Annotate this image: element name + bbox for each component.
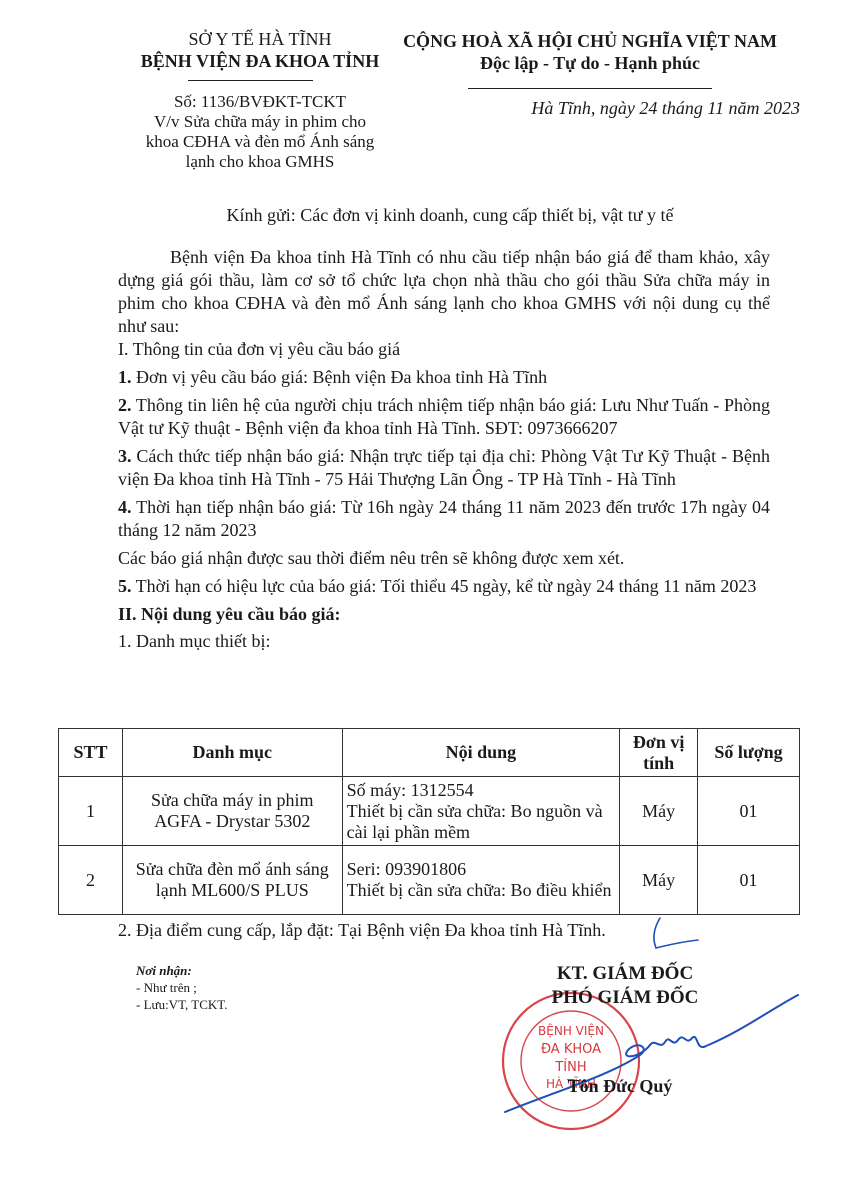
table-row: 2 Sửa chữa đèn mổ ánh sáng lạnh ML600/S … — [59, 846, 800, 915]
content-line: Seri: 093901806 — [347, 859, 616, 880]
section2-title: II. Nội dung yêu cầu báo giá: — [118, 603, 770, 626]
cell-content: Số máy: 1312554Thiết bị cần sửa chữa: Bo… — [342, 777, 620, 846]
cell-stt: 2 — [59, 846, 123, 915]
signer-name: Tôn Đức Quý — [540, 1076, 700, 1097]
signature-line-1: KT. GIÁM ĐỐC — [510, 962, 740, 986]
cell-quantity: 01 — [698, 846, 800, 915]
handwritten-signature-icon — [500, 990, 800, 1120]
item-number: 3. — [118, 446, 132, 466]
section1-title: I. Thông tin của đơn vị yêu cầu báo giá — [118, 338, 770, 361]
place-date: Hà Tĩnh, ngày 24 tháng 11 năm 2023 — [480, 98, 800, 119]
section1-item-2: 2. Thông tin liên hệ của người chịu trác… — [118, 394, 770, 440]
late-quote-note: Các báo giá nhận được sau thời điểm nêu … — [118, 547, 770, 570]
recipients-line: - Như trên ; — [136, 979, 228, 996]
recipients-title: Nơi nhận: — [136, 962, 228, 979]
recipients-line: - Lưu:VT, TCKT. — [136, 996, 228, 1013]
cell-category: Sửa chữa đèn mổ ánh sáng lạnh ML600/S PL… — [122, 846, 342, 915]
col-header-category: Danh mục — [122, 729, 342, 777]
national-title: CỘNG HOÀ XÃ HỘI CHỦ NGHĨA VIỆT NAM — [385, 30, 795, 52]
cell-content: Seri: 093901806Thiết bị cần sửa chữa: Bo… — [342, 846, 620, 915]
content-line: Thiết bị cần sửa chữa: Bo nguồn và cài l… — [347, 801, 616, 843]
header-left: SỞ Y TẾ HÀ TĨNH BỆNH VIỆN ĐA KHOA TỈNH S… — [100, 28, 420, 172]
cell-unit: Máy — [620, 777, 698, 846]
cell-unit: Máy — [620, 846, 698, 915]
national-motto: Độc lập - Tự do - Hạnh phúc — [385, 52, 795, 74]
header-left-divider — [188, 80, 313, 81]
table-header-row: STT Danh mục Nội dung Đơn vị tính Số lượ… — [59, 729, 800, 777]
item-text: Cách thức tiếp nhận báo giá: Nhận trực t… — [118, 446, 770, 489]
content-line: Thiết bị cần sửa chữa: Bo điều khiển — [347, 880, 616, 901]
intro-paragraph: Bệnh viện Đa khoa tỉnh Hà Tĩnh có nhu cầ… — [118, 246, 770, 338]
item-text: Đơn vị yêu cầu báo giá: Bệnh viện Đa kho… — [132, 367, 548, 387]
recipients-block: Nơi nhận: - Như trên ; - Lưu:VT, TCKT. — [136, 962, 228, 1013]
section1-item-1: 1. Đơn vị yêu cầu báo giá: Bệnh viện Đa … — [118, 366, 770, 389]
document-number: Số: 1136/BVĐKT-TCKT — [100, 92, 420, 112]
initial-mark-icon — [640, 916, 700, 956]
section1-item-3: 3. Cách thức tiếp nhận báo giá: Nhận trự… — [118, 445, 770, 491]
subject-line-2: khoa CĐHA và đèn mổ Ánh sáng — [100, 132, 420, 152]
authority-name: SỞ Y TẾ HÀ TĨNH — [100, 28, 420, 50]
col-header-content: Nội dung — [342, 729, 620, 777]
col-header-unit: Đơn vị tính — [620, 729, 698, 777]
recipient-line: Kính gửi: Các đơn vị kinh doanh, cung cấ… — [110, 205, 790, 226]
organization-name: BỆNH VIỆN ĐA KHOA TỈNH — [100, 50, 420, 72]
section1-item-5: 5. Thời hạn có hiệu lực của báo giá: Tối… — [118, 575, 770, 598]
col-header-stt: STT — [59, 729, 123, 777]
item-number: 1. — [118, 367, 132, 387]
section2-subtitle: 1. Danh mục thiết bị: — [118, 630, 770, 653]
subject-line-3: lạnh cho khoa GMHS — [100, 152, 420, 172]
content-line: Số máy: 1312554 — [347, 780, 616, 801]
document-body: Bệnh viện Đa khoa tỉnh Hà Tĩnh có nhu cầ… — [118, 246, 770, 653]
section1-item-4: 4. Thời hạn tiếp nhận báo giá: Từ 16h ng… — [118, 496, 770, 542]
subject-line-1: V/v Sửa chữa máy in phim cho — [100, 112, 420, 132]
item-number: 5. — [118, 576, 132, 596]
equipment-table: STT Danh mục Nội dung Đơn vị tính Số lượ… — [58, 728, 800, 915]
item-text: Thời hạn có hiệu lực của báo giá: Tối th… — [132, 576, 757, 596]
item-text: Thông tin liên hệ của người chịu trách n… — [118, 395, 770, 438]
item-text: Thời hạn tiếp nhận báo giá: Từ 16h ngày … — [118, 497, 770, 540]
cell-quantity: 01 — [698, 777, 800, 846]
cell-stt: 1 — [59, 777, 123, 846]
header-right: CỘNG HOÀ XÃ HỘI CHỦ NGHĨA VIỆT NAM Độc l… — [385, 30, 795, 74]
table-row: 1 Sửa chữa máy in phim AGFA - Drystar 53… — [59, 777, 800, 846]
item-number: 2. — [118, 395, 132, 415]
delivery-location: 2. Địa điểm cung cấp, lắp đặt: Tại Bệnh … — [118, 920, 606, 941]
item-number: 4. — [118, 497, 132, 517]
header-right-divider — [468, 88, 712, 89]
cell-category: Sửa chữa máy in phim AGFA - Drystar 5302 — [122, 777, 342, 846]
col-header-quantity: Số lượng — [698, 729, 800, 777]
